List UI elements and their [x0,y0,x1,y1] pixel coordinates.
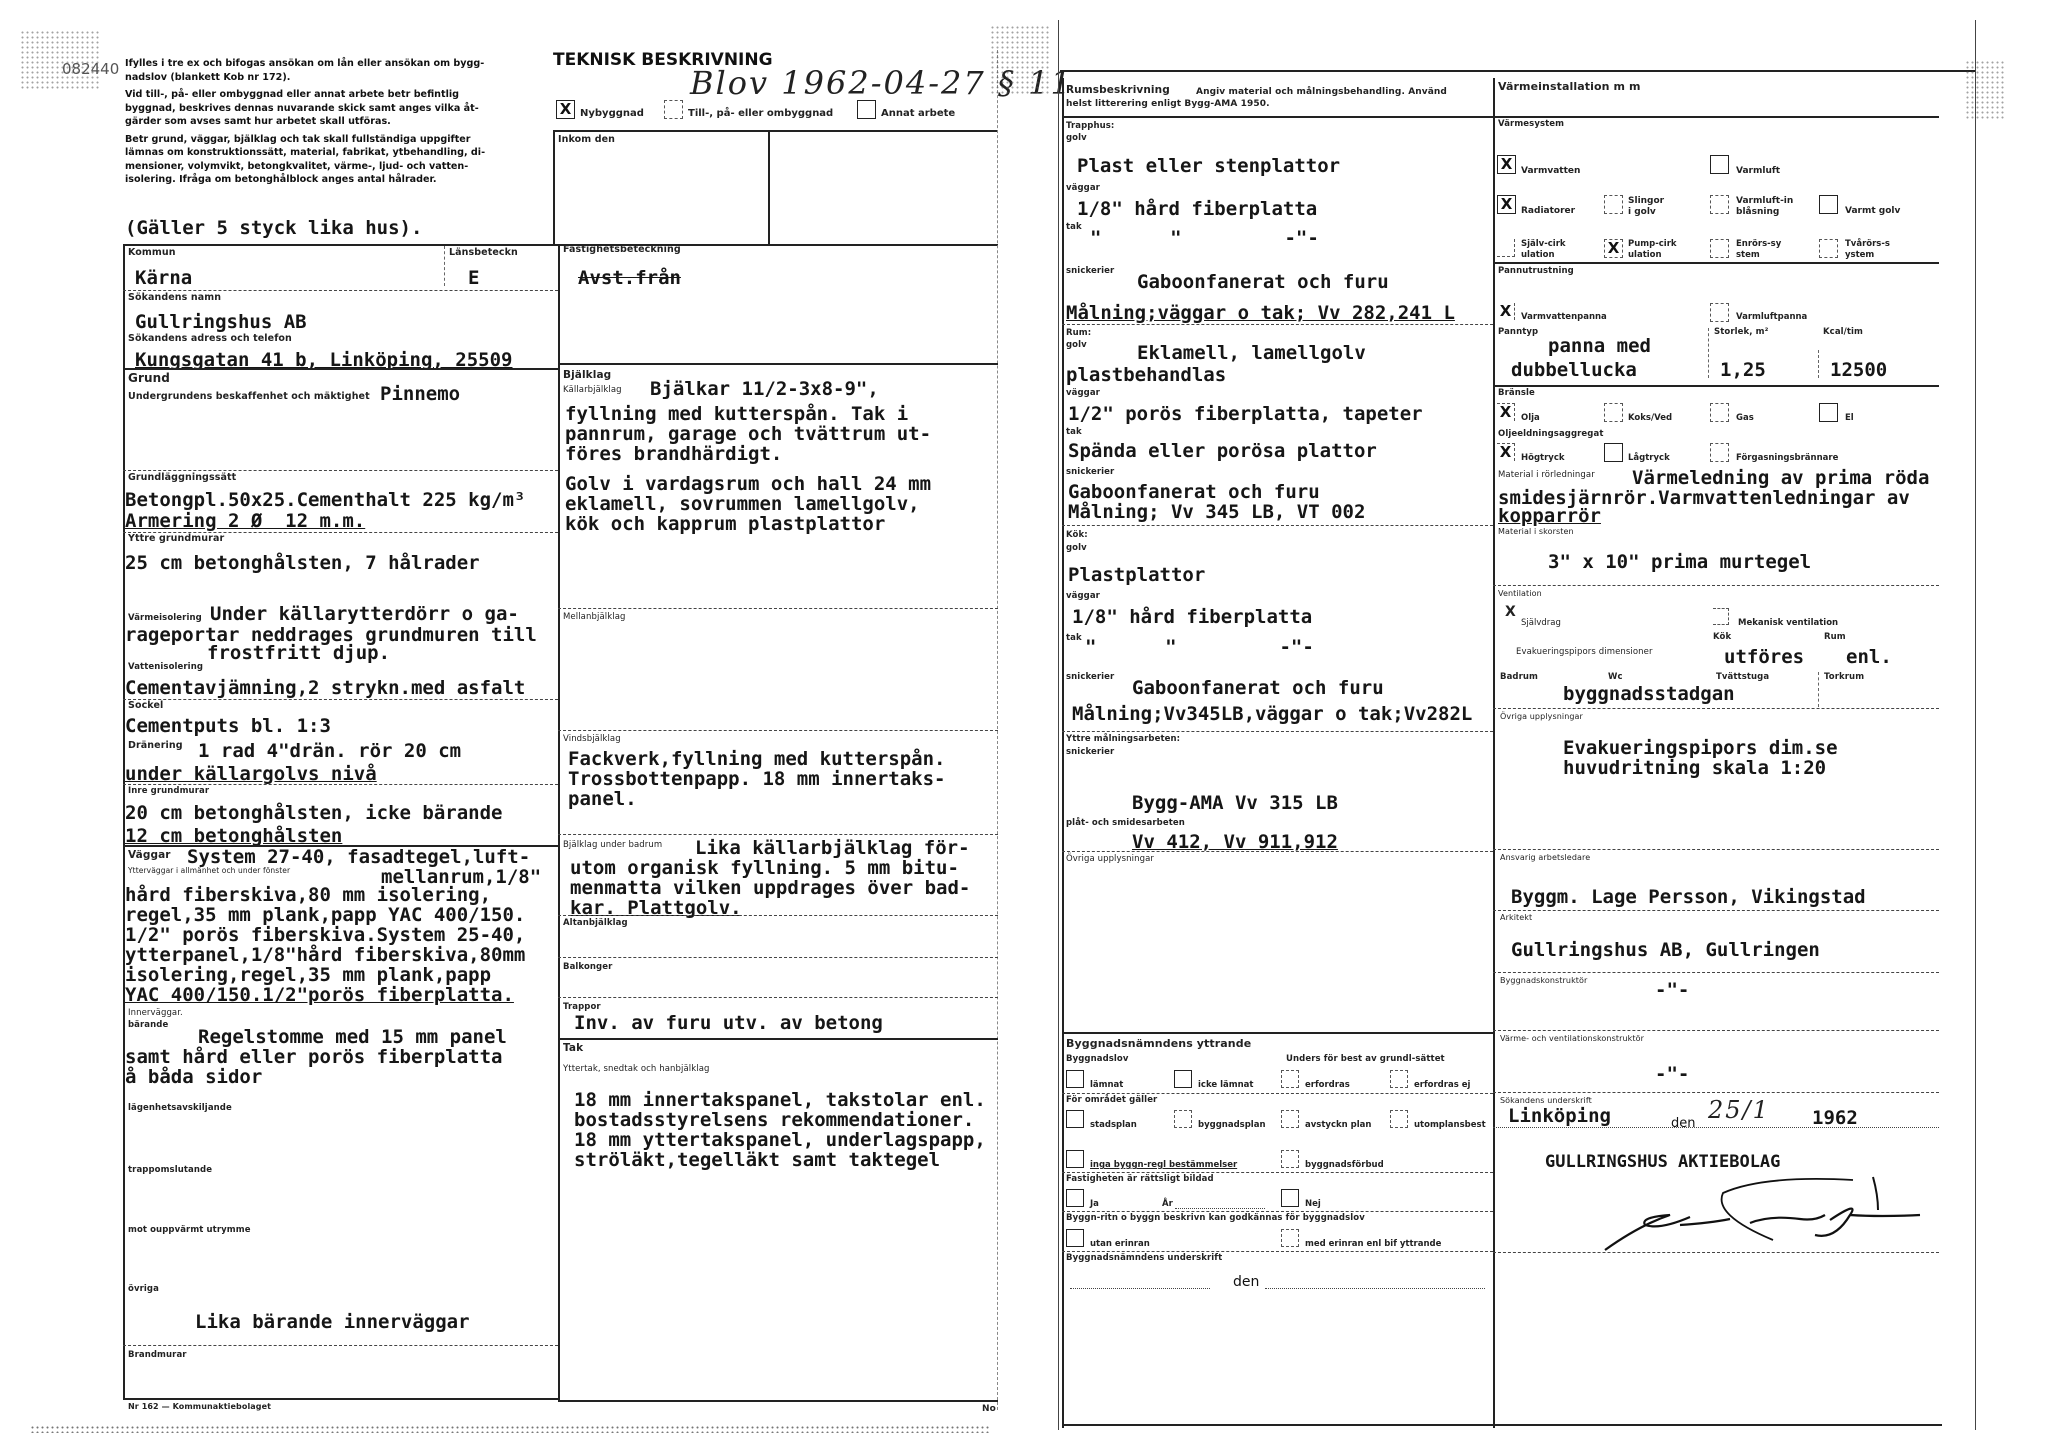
tak-sub-label: Yttertak, snedtak och hanbjälklag [563,1064,710,1074]
divider [123,470,558,471]
badrum-bjalklag-value-1: Lika källarbjälklag för- [695,838,970,859]
divider [558,1038,998,1040]
nämnd-den-label: den [1233,1274,1259,1290]
page-edge [1975,20,1976,1430]
ovriga-varme-label: Övriga upplysningar [1500,712,1583,721]
kommun-label: Kommun [128,247,176,258]
signature-loop [1703,1175,1883,1249]
evakuering-value-1: utföres [1724,647,1804,668]
brandmurar-label: Brandmurar [128,1350,187,1360]
divider [558,957,998,958]
tak-value-1: 18 mm innertakspanel, takstolar enl. [574,1090,986,1111]
ja-label: Ja [1090,1199,1099,1210]
divider [1493,78,1495,1428]
rumsbeskrivning-heading: Rumsbeskrivning [1066,84,1170,96]
dranering-value-1: 1 rad 4"drän. rör 20 cm [198,741,461,762]
varme-heading: Värmeinstallation m m [1498,80,1641,93]
checkbox-mekanisk-ventilation[interactable] [1713,608,1729,625]
ytterväggar-value-5: 1/2" porös fiberskiva.System 25-40, [125,925,525,946]
varmluft-label: Varmluft [1736,166,1780,177]
checkbox-tvarorssystem[interactable] [1819,239,1838,258]
instruction-line: gärder som avses samt hur arbetet skall … [125,115,525,129]
date-line [1493,1127,1939,1128]
tak-label: tak [1066,633,1082,643]
varmeisolering-label: Värmeisolering [128,613,202,623]
tvarorssystem-label: Tvårörs-system [1845,239,1895,261]
divider [1062,1093,1493,1094]
balkonger-label: Balkonger [563,962,612,972]
tak-value-4: ströläkt,tegelläkt samt taktegel [574,1150,940,1171]
divider [558,997,998,998]
sokande-adress-label: Sökandens adress och telefon [128,333,292,344]
byggnadsforbud-label: byggnadsförbud [1305,1160,1384,1171]
ytterväggar-value-7: isolering,regel,35 mm plank,papp [125,965,491,986]
divider [123,244,998,246]
vaggar-heading: Väggar [128,849,171,861]
lansbeteckn-label: Länsbeteckn [449,247,518,258]
altanbjalklag-label: Altanbjälklag [563,918,628,928]
stamp-number: 082440 [62,60,119,78]
snickerier-label: snickerier [1066,266,1114,276]
checkbox-varmvattenpanna[interactable]: X [1497,303,1515,320]
yttre-snickerier-value: Bygg-AMA Vv 315 LB [1132,793,1338,814]
checkbox-ja[interactable] [1066,1189,1084,1207]
rorledningar-value-3: kopparrör [1498,506,1601,527]
checkbox-varmluft[interactable] [1710,155,1729,174]
annat-arbete-label: Annat arbete [881,108,955,119]
divider [1062,731,1493,732]
badrum-bjalklag-value-3: menmatta vilken uppdrages över bad- [570,878,970,899]
utomplansbest-label: utomplansbest [1414,1120,1486,1131]
panntyp-value-2: dubbellucka [1511,360,1637,381]
ovriga-varme-value-2: huvudritning skala 1:20 [1563,758,1826,779]
divider [1062,1172,1493,1173]
pumpcirkulation-label: Pump-cirkulation [1628,239,1680,261]
fastighet-value: Avst.från [578,268,681,289]
divider [1493,116,1939,118]
lagtryck-label: Lågtryck [1628,453,1670,464]
erfordras-label: erfordras [1305,1080,1350,1091]
el-label: El [1845,413,1854,424]
sjalvdrag-label: Självdrag [1521,618,1561,629]
nybyggnad-label: Nybyggnad [580,108,644,119]
kallarbjalklag-value-3: pannrum, garage och tvättrum ut- [565,424,931,445]
kok-snickerier-value-1: Gaboonfanerat och furu [1132,678,1384,699]
lamnat-label: lämnat [1090,1080,1123,1091]
checkbox-byggnadsplan[interactable] [1174,1110,1192,1128]
instruction-line: Vid till-, på- eller ombyggnad eller ann… [125,88,525,102]
badrum-bjalklag-value-2: utom organisk fyllning. 5 mm bitu- [570,858,959,879]
koks-ved-label: Koks/Ved [1628,413,1672,424]
instruction-line: nadslov (blankett Kob nr 172). [125,71,525,85]
slingor-label: Slingor i golv [1628,196,1668,218]
rum-snickerier-value-2: Målning; Vv 345 LB, VT 002 [1068,502,1365,523]
divider [558,730,998,731]
undergrund-value: Pinnemo [380,384,460,405]
vattenisolering-value: Cementavjämning,2 strykn.med asfalt [125,678,525,699]
plat-smide-label: plåt- och smidesarbeten [1066,818,1185,828]
barande-value-1: Regelstomme med 15 mm panel [198,1027,507,1048]
ovriga-upplysningar-label: Övriga upplysningar [1066,854,1154,864]
forgasningsbrannare-label: Förgasningsbrännare [1736,453,1838,464]
sokande-underskrift-label: Sökandens underskrift [1500,1096,1592,1105]
storlek-value: 1,25 [1720,360,1766,381]
company-stamp: GULLRINGSHUS AKTIEBOLAG [1545,1152,1780,1173]
divider [1493,910,1939,911]
note-applies: (Gäller 5 styck lika hus). [125,218,422,239]
checkbox-avstyckn-plan[interactable] [1281,1110,1299,1128]
dranering-value-2: under källargolvs nivå [125,764,377,785]
sockel-label: Sockel [128,700,163,711]
ovriga-vaggar-label: övriga [128,1284,159,1294]
trappomslutande-label: trappomslutande [128,1165,212,1175]
divider [1493,849,1939,850]
checkbox-sjalvcirkulation[interactable] [1497,239,1515,257]
yttre-grundmurar-value: 25 cm betonghålsten, 7 hålrader [125,553,480,574]
divider [1493,1030,1939,1031]
trappor-value: Inv. av furu utv. av betong [574,1013,883,1034]
checkbox-varmt-golv[interactable] [1819,195,1838,214]
ort-value: Linköping [1508,1106,1611,1127]
divider [1060,70,1975,72]
lagenhetsavskiljande-label: lägenhetsavskiljande [128,1103,232,1113]
checkbox-sjalvdrag[interactable]: X [1505,607,1516,618]
checkbox-erfordras[interactable] [1281,1070,1299,1088]
checkbox-varmluftpanna[interactable] [1710,303,1729,322]
scan-noise [30,1425,990,1433]
trapphus-label: Trapphus: [1066,121,1114,131]
tak-label: tak [1066,427,1082,437]
nämnd-signature-field[interactable] [1070,1288,1210,1289]
icke-lamnat-label: icke lämnat [1198,1080,1253,1091]
sokande-namn-value: Gullringshus AB [135,312,307,333]
instruction-line: byggnad, beskrives dennas nuvarande skic… [125,102,525,116]
innerväggar-label: Innerväggar. [128,1008,183,1018]
instruction-line: Ifylles i tre ex och bifogas ansökan om … [125,57,525,71]
plat-smide-value: Vv 412, Vv 911,912 [1132,832,1338,853]
divider [1062,851,1493,852]
checkbox-forgasningsbrannare[interactable] [1710,443,1729,462]
checkbox-lagtryck[interactable] [1604,443,1623,462]
evakuering-label: Evakueringspipors dimensioner [1516,647,1653,657]
arkitekt-value: Gullringshus AB, Gullringen [1511,940,1820,961]
checkbox-nej[interactable] [1281,1189,1299,1207]
kok-label-vent: Kök [1713,632,1731,642]
divider [558,915,998,916]
handwritten-date: 25/1 [1708,1096,1770,1124]
checkbox-med-erinran[interactable] [1281,1229,1299,1247]
barande-value-3: å båda sidor [125,1067,262,1088]
utan-erinran-label: utan erinran [1090,1239,1150,1250]
rum-golv-value-1: Eklamell, lamellgolv [1137,343,1366,364]
divider [1708,328,1709,378]
tak-label: tak [1066,222,1082,232]
rorledningar-value-1: Värmeledning av prima röda [1632,468,1929,489]
footer-no: No [982,1404,996,1414]
divider [1062,1251,1493,1252]
byggnadsplan-label: byggnadsplan [1198,1120,1266,1131]
page-edge [1058,20,1059,1430]
vindsbjalklag-value-2: Trossbottenpapp. 18 mm innertaks- [568,769,946,790]
tak-heading: Tak [563,1042,583,1054]
divider [1493,708,1939,709]
varmt-golv-label: Varmt golv [1845,206,1900,217]
divider [553,130,998,132]
kallarbjalklag-value-6: eklamell, sovrummen lamellgolv, [565,494,920,515]
divider [123,368,558,370]
instruction-line: isolering. Ifråga om betonghålblock ange… [125,173,525,187]
vindsbjalklag-label: Vindsbjälklag [563,734,621,744]
vaggar-label: väggar [1066,183,1100,193]
checkbox-tillbyggnad[interactable] [664,100,683,119]
sjalvcirkulation-label: Själv-cirkulation [1521,239,1569,261]
tvattstuga-label-vent: Tvättstuga [1716,672,1769,682]
torkrum-label-vent: Torkrum [1824,672,1864,682]
checkbox-lamnat[interactable] [1066,1070,1084,1088]
kallarbjalklag-value-7: kök och kapprum plastplattor [565,514,885,535]
tak-value-2: bostadsstyrelsens rekommendationer. [574,1110,974,1131]
varmeisolering-value-1: Under källarytterdörr o ga- [210,604,519,625]
kallarbjalklag-label: Källarbjälklag [563,385,622,395]
divider [1493,385,1939,387]
kallarbjalklag-value-2: fyllning med kutterspån. Tak i [565,404,908,425]
divider [1493,1252,1939,1253]
ytterväggar-value-1: System 27-40, fasadtegel,luft- [187,847,530,868]
scan-noise [1965,60,2005,120]
checkbox-hogtryck[interactable]: X [1497,443,1515,461]
arkitekt-label: Arkitekt [1500,913,1532,922]
vindsbjalklag-value-3: panel. [568,789,637,810]
trapphus-snickerier-value: Gaboonfanerat och furu [1137,272,1389,293]
fastighet-label: Fastighetsbeteckning [563,244,681,255]
konstruktor-label: Byggnadskonstruktör [1500,976,1587,985]
divider [1062,525,1493,526]
snickerier-label: snickerier [1066,467,1114,477]
undergrund-label: Undergrundens beskaffenhet och mäktighet [128,391,370,402]
divider [1493,585,1939,586]
divider [1818,672,1819,707]
rum-label-vent: Rum [1824,632,1846,642]
vaggar-label: väggar [1066,388,1100,398]
kok-golv-value: Plastplattor [1068,565,1205,586]
checkbox-varmluft-inblasning[interactable] [1710,195,1729,214]
rumsbeskrivning-instr-2: helst litterering enligt Bygg-AMA 1950. [1066,99,1270,109]
arbetsledare-value: Byggm. Lage Persson, Vikingstad [1511,887,1866,908]
checkbox-byggnadsforbud[interactable] [1281,1150,1299,1168]
vattenisolering-label: Vattenisolering [128,662,203,672]
arbetsledare-label: Ansvarig arbetsledare [1500,853,1590,862]
year-value: 1962 [1812,1108,1858,1129]
checkbox-radiatorer[interactable]: X [1497,195,1516,214]
ytterväggar-value-3: hård fiberskiva,80 mm isolering, [125,885,491,906]
inga-byggn-regl-label: inga byggn-regl bestämmelser [1090,1160,1237,1171]
divider [1493,972,1939,973]
checkbox-el[interactable] [1819,403,1838,422]
konstruktor-value: -"- [1655,980,1689,1001]
sokande-den-label: den [1671,1116,1696,1131]
varmeisolering-value-3: frostfritt djup. [207,643,390,664]
checkbox-varmvatten[interactable]: X [1497,155,1516,174]
yttre-grundmurar-label: Yttre grundmurar [128,533,224,544]
mellanbjalklag-label: Mellanbjälklag [563,612,626,622]
radiatorer-label: Radiatorer [1521,206,1575,217]
varmesystem-label: Värmesystem [1498,119,1564,129]
stadsplan-label: stadsplan [1090,1120,1137,1131]
rum-label: Rum: [1066,328,1091,338]
rumsbeskrivning-instr-1: Angiv material och målningsbehandling. A… [1196,87,1447,97]
instruction-line: mensioner, volymvikt, betongkvalitet, vä… [125,160,525,174]
divider [123,784,558,785]
olja-label: Olja [1521,413,1540,424]
vaggar-label: väggar [1066,591,1100,601]
checkbox-stadsplan[interactable] [1066,1110,1084,1128]
hogtryck-label: Högtryck [1521,453,1565,464]
grundlaggning-value-2: Armering 2 Ø 12 m.m. [125,511,365,532]
divider [1062,1211,1493,1212]
kcal-value: 12500 [1830,360,1887,381]
vindsbjalklag-value-1: Fackverk,fyllning med kutterspån. [568,749,946,770]
ventilation-label: Ventilation [1498,589,1542,598]
checkbox-annat-arbete[interactable] [857,100,876,119]
trappor-label: Trappor [563,1002,601,1012]
ytterväggar-value-4: regel,35 mm plank,papp YAC 400/150. [125,905,525,926]
panntyp-label: Panntyp [1498,327,1538,337]
divider [123,290,558,291]
ovriga-vaggar-value: Lika bärande innerväggar [195,1312,470,1333]
sockel-value: Cementputs bl. 1:3 [125,716,331,737]
vvs-konstruktor-label: Värme- och ventilationskonstruktör [1500,1034,1644,1043]
checkbox-enrorssystem[interactable] [1710,239,1729,258]
ytterväggar-value-8: YAC 400/150.1/2"porös fiberplatta. [125,985,514,1006]
wc-label-vent: Wc [1608,672,1623,682]
nej-label: Nej [1305,1199,1321,1210]
unders-label: Unders för best av grundl-sättet [1286,1054,1445,1064]
kallarbjalklag-value-1: Bjälkar 11/2-3x8-9", [650,379,879,400]
fastighet-bildad-label: Fastigheten är rättsligt bildad [1066,1174,1214,1184]
kallarbjalklag-value-4: föres brandhärdigt. [565,444,782,465]
omrade-label: För området gäller [1066,1095,1157,1105]
ouppvarmt-label: mot ouppvärmt utrymme [128,1225,251,1235]
med-erinran-label: med erinran enl bif yttrande [1305,1239,1441,1250]
checkbox-slingor[interactable] [1604,195,1623,214]
dranering-label: Dränering [128,740,183,751]
nämnd-date-field[interactable] [1265,1288,1485,1289]
kommun-value: Kärna [135,268,192,289]
rum-snickerier-value-1: Gaboonfanerat och furu [1068,482,1320,503]
kok-tak-value: " " -"- [1085,637,1314,658]
divider [558,608,998,609]
divider [1062,1032,1493,1034]
pannutrustning-label: Pannutrustning [1498,266,1574,276]
kcal-label: Kcal/tim [1823,327,1863,337]
bransle-label: Bränsle [1498,388,1535,398]
golv-label: golv [1066,340,1087,350]
ovriga-varme-value-1: Evakueringspipors dim.se [1563,738,1838,759]
inkom-den-label: Inkom den [558,134,615,145]
divider [1062,116,1493,118]
badrum-bjalklag-label: Bjälklag under badrum [563,840,662,850]
gas-label: Gas [1736,413,1754,424]
storlek-label: Storlek, m² [1714,327,1768,337]
trapphus-malning-value: Målning;väggar o tak; Vv 282,241 L [1066,303,1455,324]
varmluft-inblasning-label: Varmluft-inblåsning [1736,196,1796,218]
grundlaggning-value-1: Betongpl.50x25.Cementhalt 225 kg/m³ [125,490,525,511]
divider [558,834,998,835]
checkbox-gas[interactable] [1710,403,1729,422]
divider [123,1345,558,1346]
varmvattenpanna-label: Varmvattenpanna [1521,312,1607,323]
footer-form-number: Nr 162 — Kommunaktiebolaget [128,1402,271,1411]
yttre-snickerier-label: snickerier [1066,747,1114,757]
trapphus-vaggar-value: 1/8" hård fiberplatta [1077,199,1317,220]
checkbox-pumpcirkulation[interactable]: X [1604,239,1623,258]
checkbox-olja[interactable]: X [1497,403,1515,421]
skorsten-value: 3" x 10" prima murtegel [1548,552,1811,573]
checkbox-inga-byggn-regl[interactable] [1066,1150,1084,1168]
divider [768,130,770,245]
lansbeteckn-value: E [468,268,479,289]
divider [558,244,560,1400]
yttre-malning-label: Yttre målningsarbeten: [1066,734,1180,744]
kok-label: Kök: [1066,530,1088,540]
checkbox-utomplansbest[interactable] [1390,1110,1408,1128]
mekanisk-ventilation-label: Mekanisk ventilation [1738,618,1838,629]
checkbox-koks-ved[interactable] [1604,403,1623,422]
divider [1493,262,1939,264]
tillbyggnad-label: Till-, på- eller ombyggnad [688,108,833,119]
kallarbjalklag-value-5: Golv i vardagsrum och hall 24 mm [565,474,931,495]
tak-value-3: 18 mm yttertakspanel, underlagspapp, [574,1130,986,1151]
ar-label: År [1162,1199,1173,1210]
rorledningar-label: Material i rörledningar [1498,470,1595,480]
barande-label: bärande [128,1020,168,1030]
instruction-line: Betr grund, väggar, bjälklag och tak ska… [125,133,525,147]
snickerier-label: snickerier [1066,672,1114,682]
grundlaggning-label: Grundläggningssätt [128,472,236,483]
byggnadslov-label: Byggnadslov [1066,1054,1129,1064]
checkbox-icke-lamnat[interactable] [1174,1070,1192,1088]
checkbox-nybyggnad[interactable]: X [556,100,575,119]
rum-vaggar-value: 1/2" porös fiberplatta, tapeter [1068,404,1423,425]
divider [558,363,998,365]
instruction-line: lämnas om konstruktionssätt, material, f… [125,146,525,160]
grund-heading: Grund [128,371,170,385]
checkbox-utan-erinran[interactable] [1066,1229,1084,1247]
evakuering-value-2: enl. [1846,647,1892,668]
checkbox-erfordras-ej[interactable] [1390,1070,1408,1088]
golv-label: golv [1066,133,1087,143]
ar-field[interactable] [1175,1208,1265,1209]
varmvatten-label: Varmvatten [1521,166,1580,177]
nämnd-underskrift-label: Byggnadsnämndens underskrift [1066,1253,1222,1263]
rum-golv-value-2: plastbehandlas [1066,365,1226,386]
enrorssystem-label: Enrörs-system [1736,239,1784,261]
badrum-label-vent: Badrum [1500,672,1538,682]
inre-grundmurar-value-1: 20 cm betonghålsten, icke bärande [125,803,503,824]
divider [123,1398,560,1400]
barande-value-2: samt hård eller porös fiberplatta [125,1047,503,1068]
divider [558,1400,998,1402]
divider [1818,350,1819,378]
ytterväggar-value-6: ytterpanel,1/8"hård fiberskiva,80mm [125,945,525,966]
skorsten-label: Material i skorsten [1498,527,1574,536]
nämnd-heading: Byggnadsnämndens yttrande [1066,1037,1251,1050]
panntyp-value-1: panna med [1548,336,1651,357]
vvs-konstruktor-value: -"- [1655,1064,1689,1085]
oljeeldning-label: Oljeeldningsaggregat [1498,429,1604,439]
kok-snickerier-value-2: Målning;Vv345LB,väggar o tak;Vv282L [1072,704,1472,725]
scan-noise [990,25,1050,95]
